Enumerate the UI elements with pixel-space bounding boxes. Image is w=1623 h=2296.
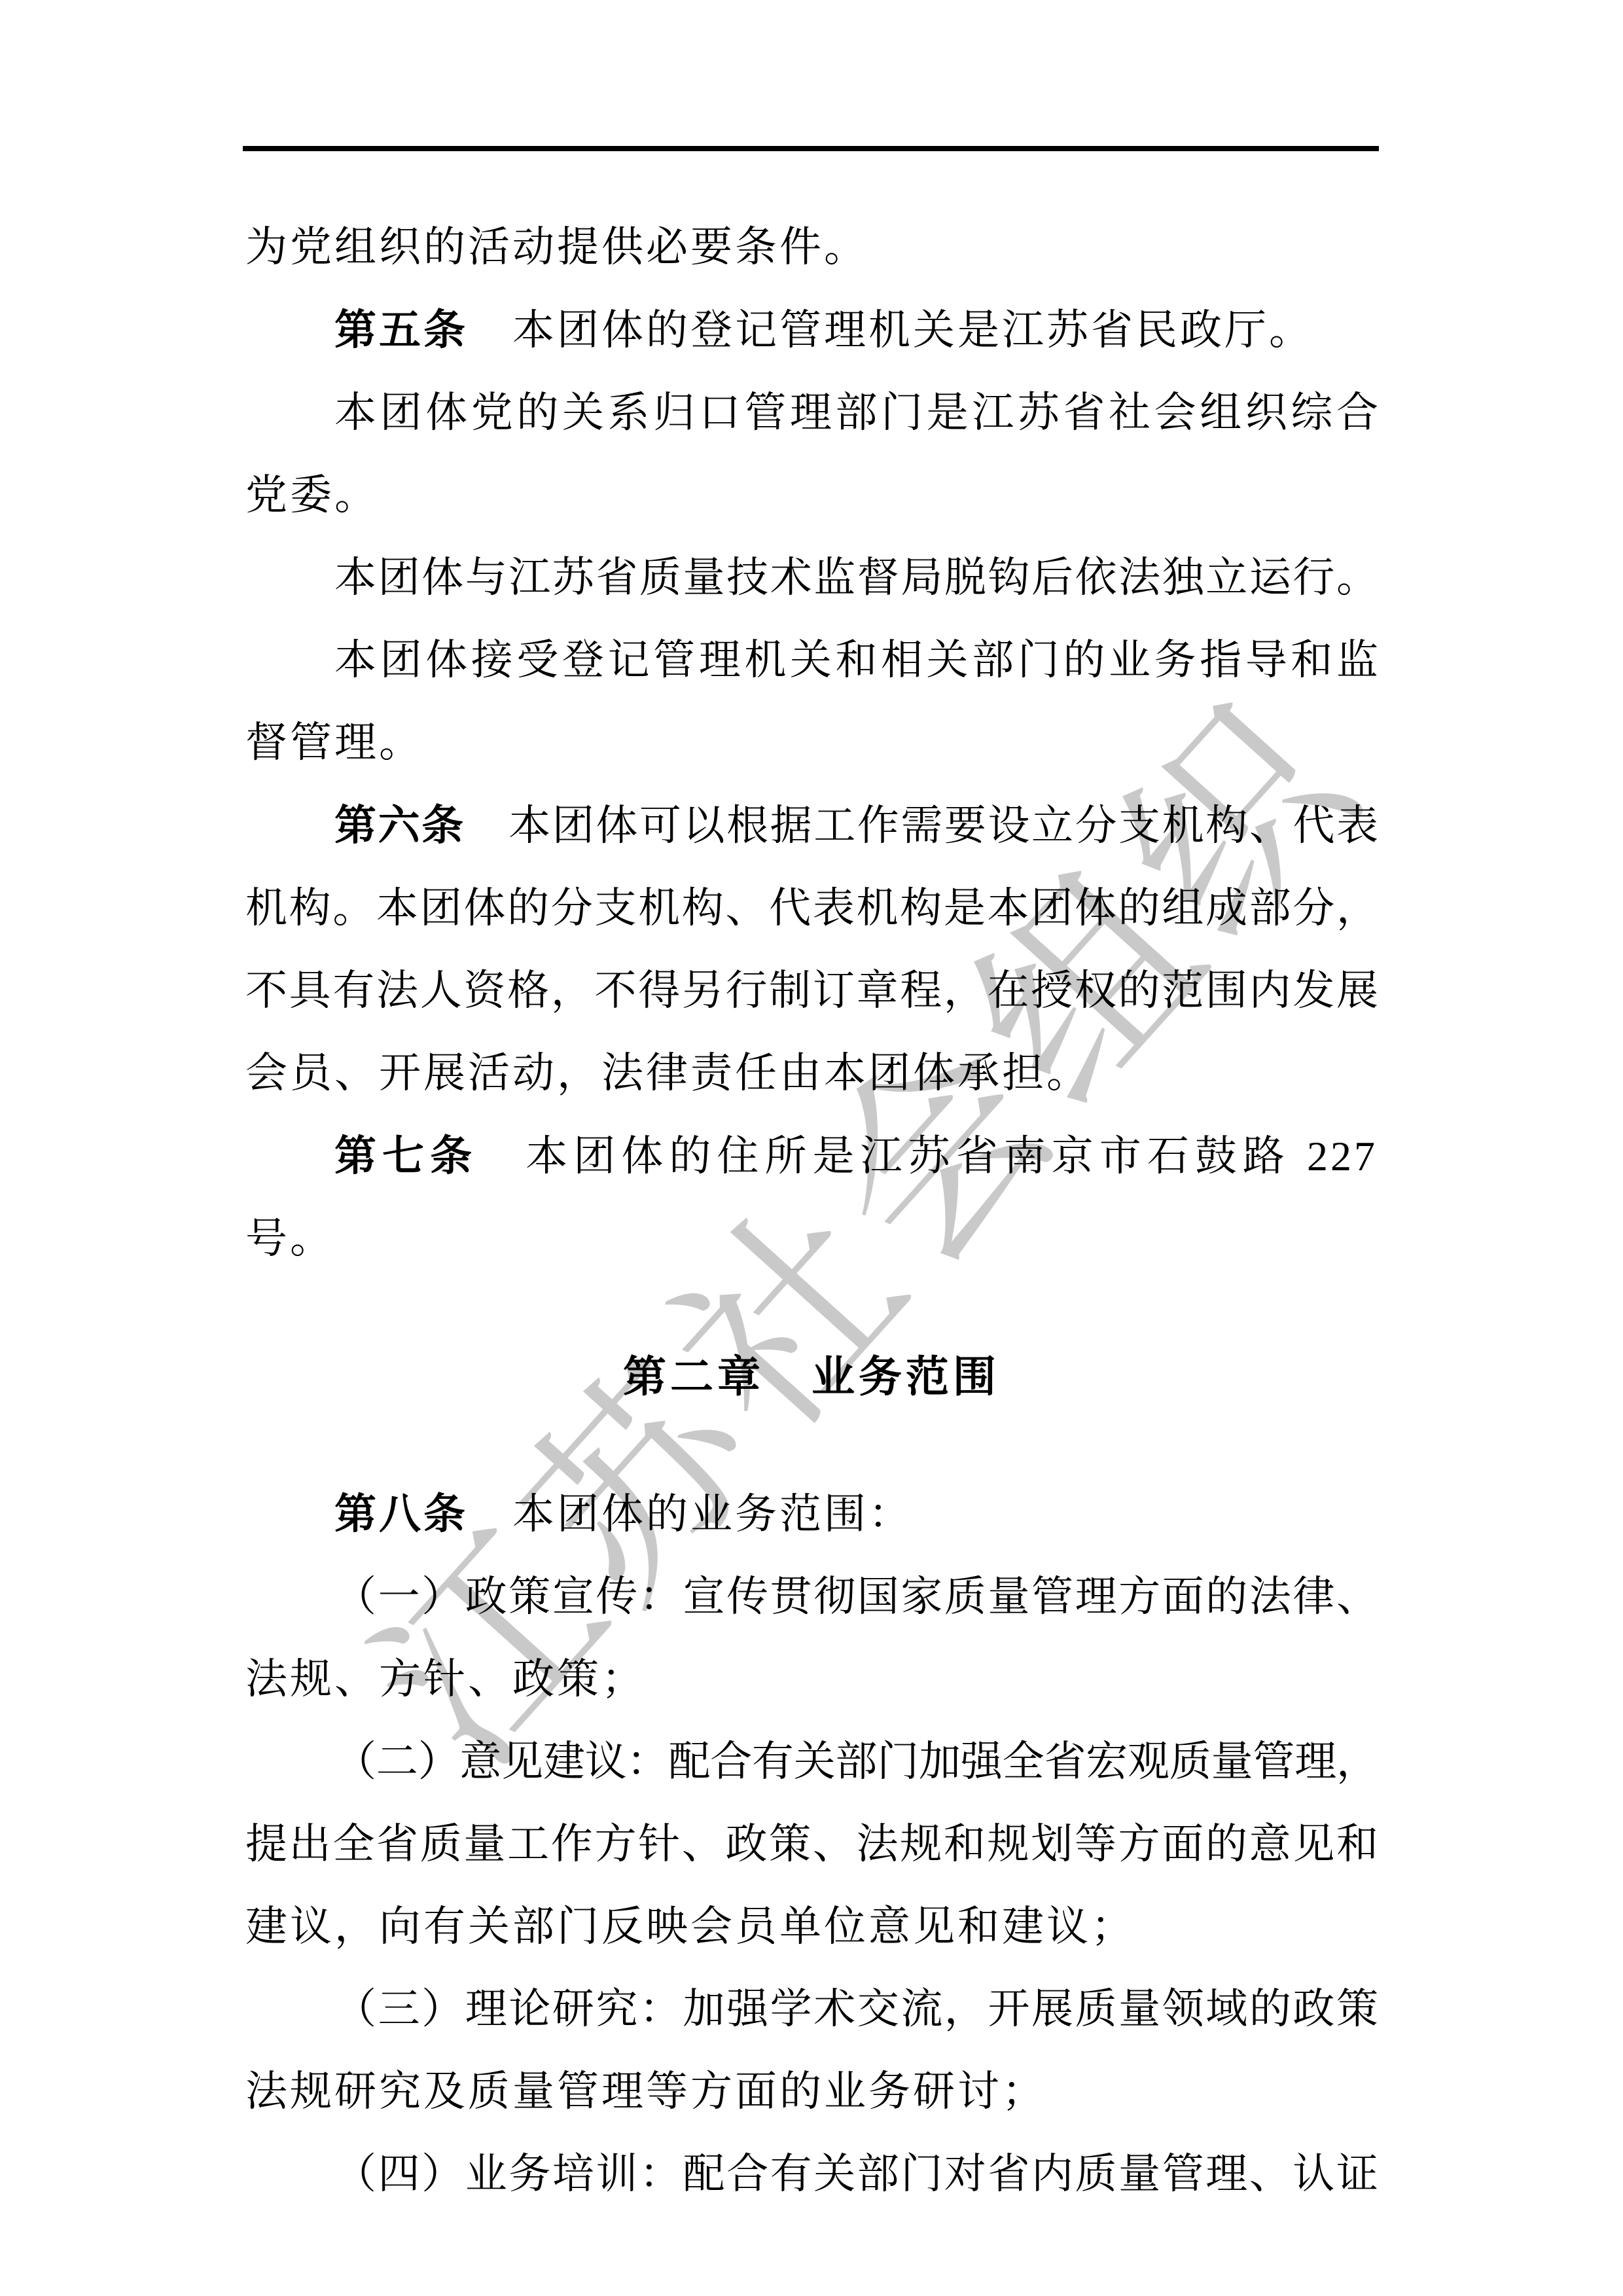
text-segment: 不具有法人资格，不得另行制订章程，在授权的范围内发展 — [245, 967, 1378, 1014]
bold-text-segment: 第二章 业务范围 — [623, 1352, 1000, 1401]
text-segment: 本团体与江苏省质量技术监督局脱钩后依法独立运行。 — [334, 554, 1378, 601]
text-segment: 法规、方针、政策； — [245, 1656, 646, 1702]
document-body: 为党组织的活动提供必要条件。第五条 本团体的登记管理机关是江苏省民政厅。本团体党… — [245, 206, 1378, 2215]
text-segment: （三）理论研究：加强学术交流，开展质量领域的政策 — [334, 1986, 1378, 2032]
text-line: （二）意见建议：配合有关部门加强全省宏观质量管理， — [245, 1721, 1378, 1803]
text-line: 第六条 本团体可以根据工作需要设立分支机构、代表 — [245, 784, 1378, 867]
text-segment: 会员、开展活动，法律责任由本团体承担。 — [245, 1050, 1091, 1096]
text-line: 督管理。 — [245, 702, 1378, 784]
text-segment: 党委。 — [245, 472, 379, 518]
text-segment: 建议，向有关部门反映会员单位意见和建议； — [245, 1903, 1135, 1950]
text-line: 第八条 本团体的业务范围： — [245, 1473, 1378, 1556]
text-segment: 机构。本团体的分支机构、代表机构是本团体的组成部分， — [245, 885, 1378, 931]
document-page: 江苏社会组织 为党组织的活动提供必要条件。第五条 本团体的登记管理机关是江苏省民… — [0, 0, 1623, 2296]
text-segment: 督管理。 — [245, 719, 423, 766]
text-segment: （二）意见建议：配合有关部门加强全省宏观质量管理， — [334, 1738, 1378, 1785]
header-rule — [243, 146, 1379, 151]
text-line: （四）业务培训：配合有关部门对省内质量管理、认证 — [245, 2133, 1378, 2215]
bold-text-segment: 第五条 — [334, 306, 468, 353]
text-line: 机构。本团体的分支机构、代表机构是本团体的组成部分， — [245, 867, 1378, 950]
text-segment: 本团体的登记管理机关是江苏省民政厅。 — [468, 307, 1313, 353]
text-line: 本团体接受登记管理机关和相关部门的业务指导和监 — [245, 619, 1378, 702]
text-segment: 本团体可以根据工作需要设立分支机构、代表 — [465, 802, 1378, 849]
text-line: 法规研究及质量管理等方面的业务研讨； — [245, 2051, 1378, 2133]
text-segment: 本团体接受登记管理机关和相关部门的业务指导和监 — [334, 637, 1378, 683]
text-segment: 为党组织的活动提供必要条件。 — [245, 224, 868, 270]
text-segment: 本团体的业务范围： — [468, 1491, 913, 1537]
text-line: 第五条 本团体的登记管理机关是江苏省民政厅。 — [245, 289, 1378, 372]
text-line: （三）理论研究：加强学术交流，开展质量领域的政策 — [245, 1968, 1378, 2051]
text-line: 党委。 — [245, 454, 1378, 537]
text-line: （一）政策宣传：宣传贯彻国家质量管理方面的法律、 — [245, 1556, 1378, 1638]
text-segment: 本团体党的关系归口管理部门是江苏省社会组织综合 — [334, 389, 1378, 436]
bold-text-segment: 第六条 — [334, 802, 465, 849]
bold-text-segment: 第八条 — [334, 1490, 468, 1537]
chapter-heading: 第二章 业务范围 — [245, 1335, 1378, 1418]
text-line: 会员、开展活动，法律责任由本团体承担。 — [245, 1032, 1378, 1115]
text-line: 本团体党的关系归口管理部门是江苏省社会组织综合 — [245, 372, 1378, 454]
text-segment: 法规研究及质量管理等方面的业务研讨； — [245, 2068, 1046, 2115]
text-line: 法规、方针、政策； — [245, 1638, 1378, 1721]
text-segment: 提出全省质量工作方针、政策、法规和规划等方面的意见和 — [245, 1821, 1378, 1867]
text-line: 第七条 本团体的住所是江苏省南京市石鼓路 227 号。 — [245, 1115, 1378, 1280]
text-line: 不具有法人资格，不得另行制订章程，在授权的范围内发展 — [245, 950, 1378, 1032]
text-line: 本团体与江苏省质量技术监督局脱钩后依法独立运行。 — [245, 537, 1378, 619]
text-segment: （一）政策宣传：宣传贯彻国家质量管理方面的法律、 — [334, 1573, 1378, 1620]
text-segment: （四）业务培训：配合有关部门对省内质量管理、认证 — [334, 2151, 1378, 2197]
text-line: 提出全省质量工作方针、政策、法规和规划等方面的意见和 — [245, 1803, 1378, 1886]
text-line: 建议，向有关部门反映会员单位意见和建议； — [245, 1886, 1378, 1968]
bold-text-segment: 第七条 — [334, 1132, 478, 1179]
text-line: 为党组织的活动提供必要条件。 — [245, 206, 1378, 289]
